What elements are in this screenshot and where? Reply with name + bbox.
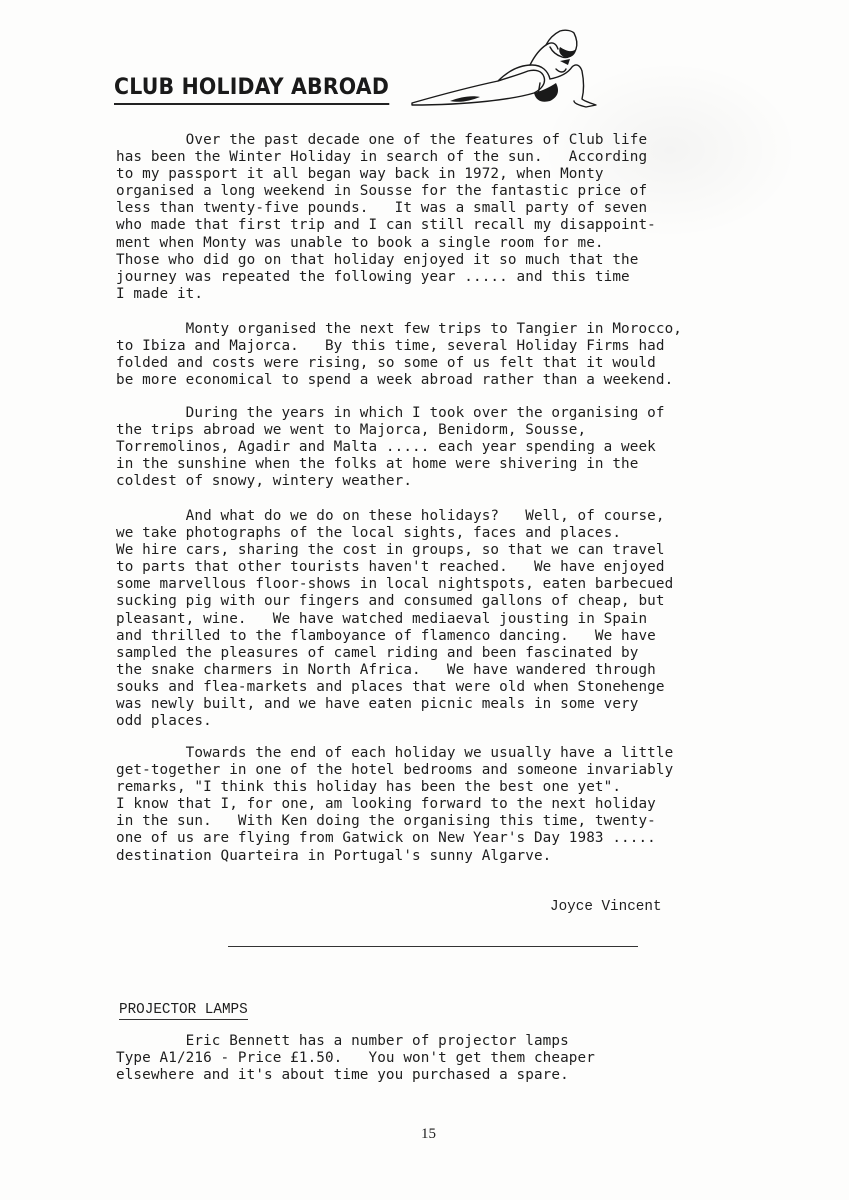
article-paragraph-5: Towards the end of each holiday we usual… — [116, 745, 796, 865]
article-paragraph-2: Monty organised the next few trips to Ta… — [116, 321, 796, 389]
article-paragraph-1: Over the past decade one of the features… — [116, 132, 796, 303]
article-paragraph-4: And what do we do on these holidays? Wel… — [116, 508, 796, 730]
article-paragraph-3: During the years in which I took over th… — [116, 405, 796, 490]
notice-body: Eric Bennett has a number of projector l… — [116, 1033, 796, 1084]
page-number: 15 — [421, 1126, 436, 1143]
reclining-bather-illustration-icon — [410, 25, 620, 110]
notice-heading: PROJECTOR LAMPS — [119, 1002, 248, 1020]
section-divider — [228, 946, 638, 947]
article-title: CLUB HOLIDAY ABROAD — [114, 74, 389, 105]
author-signature: Joyce Vincent — [550, 899, 662, 915]
